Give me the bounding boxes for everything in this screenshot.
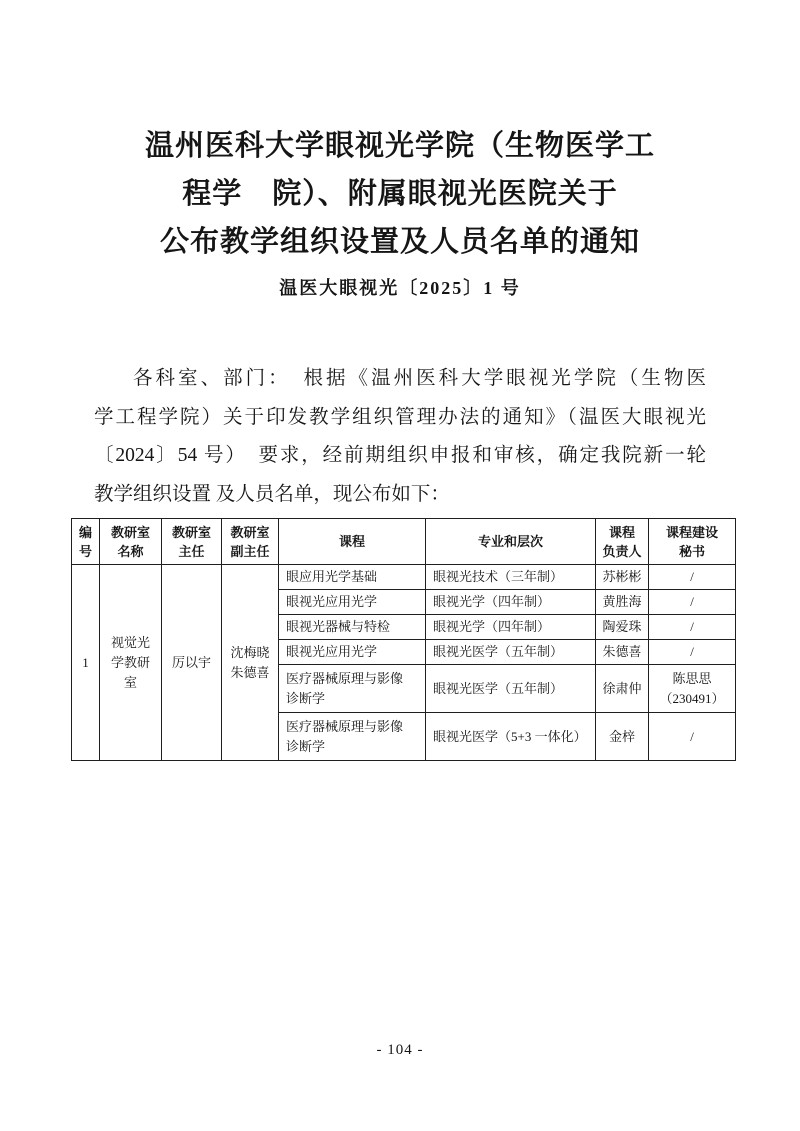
col-header-director: 教研室 主任 [162, 519, 222, 565]
cell-leader: 苏彬彬 [596, 565, 649, 590]
col-header-leader: 课程 负责人 [596, 519, 649, 565]
cell-leader: 朱德喜 [596, 640, 649, 665]
cell-course: 眼应用光学基础 [279, 565, 426, 590]
cell-program: 眼视光学（四年制） [426, 615, 596, 640]
cell-leader: 金梓 [596, 713, 649, 761]
cell-director: 厉以宇 [162, 565, 222, 761]
cell-course: 眼视光器械与特检 [279, 615, 426, 640]
body-line-4: 教学组织设置 及人员名单，现公布如下： [94, 476, 706, 515]
body-line-1: 各科室、部门： 根据《温州医科大学眼视光学院（生物医 [94, 360, 706, 399]
body-line-2: 学工程学院）关于印发教学组织管理办法的通知》（温医大眼视光 [94, 399, 706, 438]
col-header-id: 编 号 [72, 519, 100, 565]
cell-leader: 陶爱珠 [596, 615, 649, 640]
title-line-1: 温州医科大学眼视光学院（生物医学工 [0, 122, 800, 170]
col-header-secretary: 课程建设 秘书 [649, 519, 736, 565]
cell-group-name: 视觉光 学教研 室 [100, 565, 162, 761]
cell-course: 医疗器械原理与影像 诊断学 [279, 713, 426, 761]
cell-program: 眼视光技术（三年制） [426, 565, 596, 590]
cell-course: 医疗器械原理与影像 诊断学 [279, 665, 426, 713]
cell-program: 眼视光学（四年制） [426, 590, 596, 615]
col-header-course: 课程 [279, 519, 426, 565]
document-title: 温州医科大学眼视光学院（生物医学工 程学 院）、附属眼视光医院关于 公布教学组织… [0, 122, 800, 266]
cell-secretary: / [649, 615, 736, 640]
cell-program: 眼视光医学（五年制） [426, 665, 596, 713]
notice-body: 各科室、部门： 根据《温州医科大学眼视光学院（生物医 学工程学院）关于印发教学组… [94, 360, 706, 514]
title-line-2: 程学 院）、附属眼视光医院关于 [0, 170, 800, 218]
table-row: 1 视觉光 学教研 室 厉以宇 沈梅晓 朱德喜 眼应用光学基础 眼视光技术（三年… [72, 565, 736, 590]
cell-course: 眼视光应用光学 [279, 590, 426, 615]
page-number: - 104 - [0, 1042, 800, 1059]
col-header-deputy: 教研室 副主任 [222, 519, 279, 565]
cell-secretary: 陈思思 （230491） [649, 665, 736, 713]
cell-leader: 黄胜海 [596, 590, 649, 615]
cell-secretary: / [649, 565, 736, 590]
cell-course: 眼视光应用光学 [279, 640, 426, 665]
col-header-program: 专业和层次 [426, 519, 596, 565]
cell-leader: 徐肃仲 [596, 665, 649, 713]
cell-secretary: / [649, 713, 736, 761]
document-page: 温州医科大学眼视光学院（生物医学工 程学 院）、附属眼视光医院关于 公布教学组织… [0, 0, 800, 1131]
table-header-row: 编 号 教研室 名称 教研室 主任 教研室 副主任 课程 专业和层次 课程 负责… [72, 519, 736, 565]
cell-program: 眼视光医学（五年制） [426, 640, 596, 665]
body-line-3: 〔2024〕54 号） 要求，经前期组织申报和审核，确定我院新一轮 [94, 437, 706, 476]
cell-secretary: / [649, 640, 736, 665]
col-header-office-name: 教研室 名称 [100, 519, 162, 565]
cell-deputy: 沈梅晓 朱德喜 [222, 565, 279, 761]
teaching-org-table: 编 号 教研室 名称 教研室 主任 教研室 副主任 课程 专业和层次 课程 负责… [71, 518, 736, 761]
cell-secretary: / [649, 590, 736, 615]
cell-program: 眼视光医学（5+3 一体化） [426, 713, 596, 761]
doc-number: 温医大眼视光〔2025〕1 号 [0, 276, 800, 300]
title-line-3: 公布教学组织设置及人员名单的通知 [0, 218, 800, 266]
cell-group-id: 1 [72, 565, 100, 761]
